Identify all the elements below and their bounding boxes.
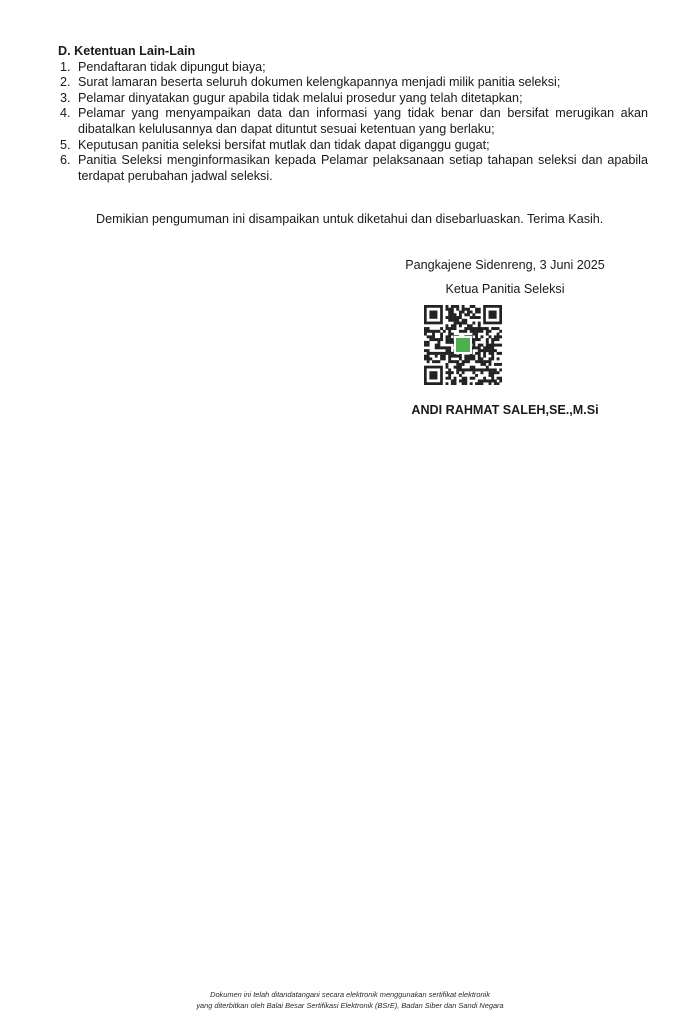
provisions-list: 1.Pendaftaran tidak dipungut biaya; 2.Su… <box>58 60 648 185</box>
list-item: 6.Panitia Seleksi menginformasikan kepad… <box>60 153 648 184</box>
section-other-provisions: D. Ketentuan Lain-Lain 1.Pendaftaran tid… <box>58 44 648 184</box>
qr-code-icon <box>424 305 502 385</box>
signer-name: ANDI RAHMAT SALEH,SE.,M.Si <box>370 403 640 417</box>
footer-line-1: Dokumen ini telah ditandatangani secara … <box>100 989 600 1000</box>
list-item: 1.Pendaftaran tidak dipungut biaya; <box>60 60 648 76</box>
list-item: 3.Pelamar dinyatakan gugur apabila tidak… <box>60 91 648 107</box>
footer-line-2: yang diterbitkan oleh Balai Besar Sertif… <box>100 1000 600 1011</box>
section-title: D. Ketentuan Lain-Lain <box>58 44 648 60</box>
list-item: 2.Surat lamaran beserta seluruh dokumen … <box>60 75 648 91</box>
place-date: Pangkajene Sidenreng, 3 Juni 2025 <box>370 258 640 272</box>
closing-paragraph: Demikian pengumuman ini disampaikan untu… <box>58 212 648 228</box>
signer-role: Ketua Panitia Seleksi <box>370 282 640 296</box>
list-item: 5.Keputusan panitia seleksi bersifat mut… <box>60 138 648 154</box>
list-item: 4.Pelamar yang menyampaikan data dan inf… <box>60 106 648 137</box>
electronic-signature-note: Dokumen ini telah ditandatangani secara … <box>100 989 600 1011</box>
